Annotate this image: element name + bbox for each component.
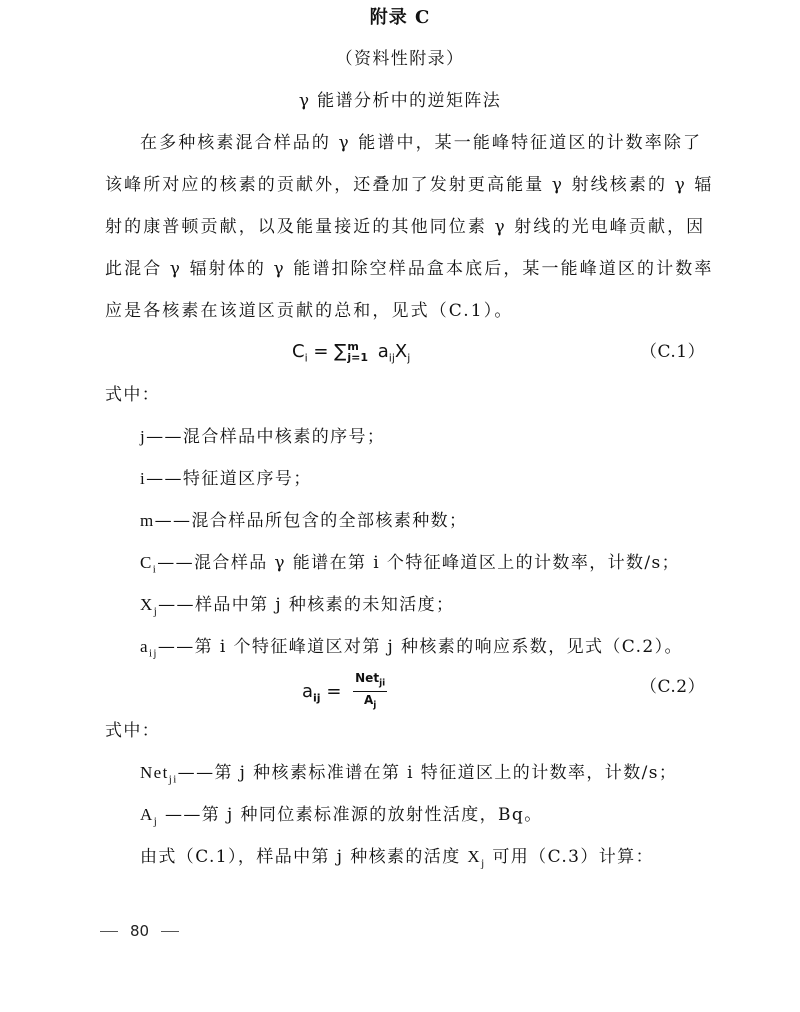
def-text: ——第 j 种核素标准谱在第 i 特征道区上的计数率，计数/s； <box>178 763 678 783</box>
eq-symbol: a <box>378 341 389 362</box>
equation-c1: Ci = ∑mj=1 aijXj <box>292 340 410 371</box>
def-symbol: Netji <box>140 763 178 782</box>
page-footer: 80 <box>100 922 179 940</box>
def-symbol: Xj <box>140 595 158 614</box>
definition-item: Xj——样品中第 j 种核素的未知活度； <box>140 593 454 623</box>
def-symbol-base: A <box>140 805 154 824</box>
def-symbol-base: X <box>140 595 154 614</box>
def-symbol-sub: ij <box>149 647 158 659</box>
page-rule-right <box>161 931 179 932</box>
fraction-denominator: Aj <box>364 692 376 712</box>
def-symbol: m <box>140 511 155 530</box>
definition-item: m——混合样品所包含的全部核素种数； <box>140 509 467 533</box>
fraction-numerator: Netji <box>353 671 387 692</box>
eq-subscript: i <box>305 352 308 365</box>
def-text: ——样品中第 j 种核素的未知活度； <box>158 595 454 615</box>
equation-c2: aij = Netji Aj <box>302 671 387 713</box>
eq-symbol: C <box>292 341 305 362</box>
page-number: 80 <box>130 922 149 940</box>
closing-symbol: Xj <box>467 847 485 866</box>
def-text: ——第 j 种同位素标准源的放射性活度，Bq。 <box>158 805 542 825</box>
def-symbol-base: C <box>140 553 153 572</box>
eq-equals: = <box>326 681 341 702</box>
fraction: Netji Aj <box>353 671 387 713</box>
appendix-type: （资料性附录） <box>0 47 800 71</box>
definition-item: Aj ——第 j 种同位素标准源的放射性活度，Bq。 <box>140 803 543 833</box>
definition-item: j——混合样品中核素的序号； <box>140 425 385 449</box>
section-title: γ 能谱分析中的逆矩阵法 <box>0 89 800 113</box>
definition-item: Netji——第 j 种核素标准谱在第 i 特征道区上的计数率，计数/s； <box>140 761 677 791</box>
appendix-title: 附录 C <box>0 6 800 30</box>
paragraph-line: 射的康普顿贡献，以及能量接近的其他同位素 γ 射线的光电峰贡献，因 <box>105 215 690 239</box>
def-symbol: Ci <box>140 553 157 572</box>
def-symbol-base: Net <box>140 763 169 782</box>
def-symbol-sub: ji <box>169 773 178 785</box>
def-text: ——混合样品中核素的序号； <box>146 427 385 447</box>
closing-symbol-base: X <box>467 847 481 866</box>
sum-symbol: ∑ <box>334 341 346 362</box>
eq-symbol: X <box>395 341 407 362</box>
closing-sentence: 由式（C.1），样品中第 j 种核素的活度 Xj 可用（C.3）计算： <box>140 845 654 875</box>
where-label: 式中： <box>105 719 160 743</box>
def-symbol-base: a <box>140 637 149 656</box>
def-text: ——第 i 个特征峰道区对第 j 种核素的响应系数，见式（C.2）。 <box>158 637 683 657</box>
eq-symbol: a <box>302 681 313 702</box>
equation-number-c2: （C.2） <box>640 675 705 699</box>
definition-item: aij——第 i 个特征峰道区对第 j 种核素的响应系数，见式（C.2）。 <box>140 635 683 665</box>
def-text: ——特征道区序号； <box>146 469 312 489</box>
def-text: ——混合样品 γ 能谱在第 i 个特征峰道区上的计数率，计数/s； <box>157 553 680 573</box>
eq-subscript: ij <box>313 691 321 704</box>
definition-item: i——特征道区序号； <box>140 467 312 491</box>
def-text: ——混合样品所包含的全部核素种数； <box>155 511 468 531</box>
where-label: 式中： <box>105 383 160 407</box>
definition-item: Ci——混合样品 γ 能谱在第 i 个特征峰道区上的计数率，计数/s； <box>140 551 680 581</box>
denominator-sub: j <box>373 701 376 711</box>
denominator-base: A <box>364 693 373 707</box>
eq-subscript: j <box>407 352 410 365</box>
sum-limits: mj=1 <box>347 341 368 363</box>
page-rule-left <box>100 931 118 932</box>
paragraph-line: 在多种核素混合样品的 γ 能谱中，某一能峰特征道区的计数率除了 <box>140 131 725 155</box>
equation-number-c1: （C.1） <box>640 340 705 364</box>
eq-equals: = <box>313 341 328 362</box>
closing-text: 由式（C.1），样品中第 j 种核素的活度 <box>140 847 467 867</box>
paragraph-line: 此混合 γ 辐射体的 γ 能谱扣除空样品盒本底后，某一能峰道区的计数率 <box>105 257 690 281</box>
numerator-sub: ji <box>379 678 385 688</box>
def-symbol: Aj <box>140 805 158 824</box>
paragraph-line: 该峰所对应的核素的贡献外，还叠加了发射更高能量 γ 射线核素的 γ 辐 <box>105 173 690 197</box>
sum-lower: j=1 <box>347 352 368 363</box>
def-symbol: aij <box>140 637 158 656</box>
closing-text: 可用（C.3）计算： <box>486 847 654 867</box>
numerator-base: Net <box>355 671 379 685</box>
paragraph-line: 应是各核素在该道区贡献的总和，见式（C.1）。 <box>105 299 690 323</box>
